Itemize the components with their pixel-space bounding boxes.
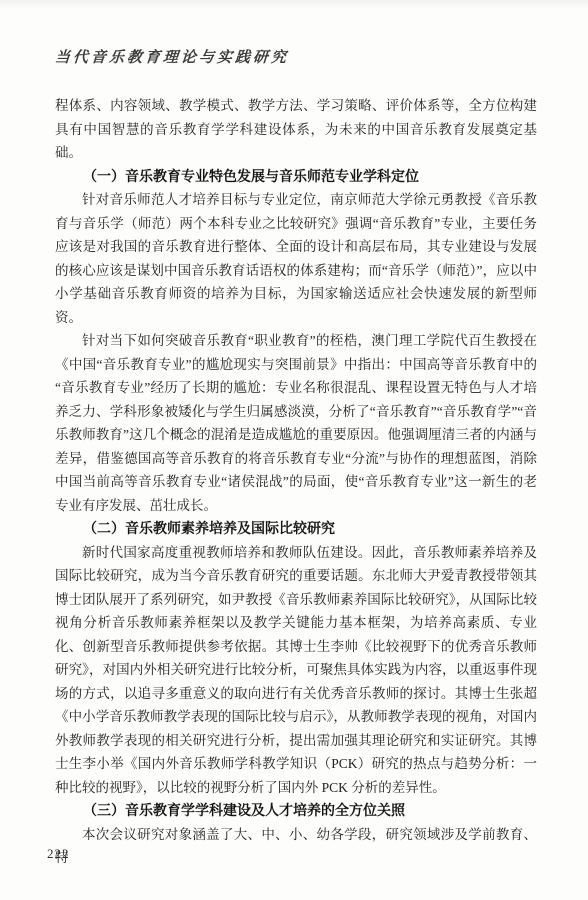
book-page-scan: 当代音乐教育理论与实践研究 程体系、内容领域、教学模式、教学方法、学习策略、评价… <box>0 0 588 900</box>
section-heading: （二）音乐教师素养培养及国际比较研究 <box>55 517 537 541</box>
section-heading: （一）音乐教育专业特色发展与音乐师范专业学科定位 <box>55 165 537 189</box>
body-paragraph: 针对当下如何突破音乐教育“职业教育”的桎梏，澳门理工学院代百生教授在《中国“音乐… <box>55 329 537 517</box>
body-paragraph: 新时代国家高度重视教师培养和教师队伍建设。因此，音乐教师素养培养及国际比较研究，… <box>55 541 537 800</box>
body-paragraph: 针对音乐师范人才培养目标与专业定位，南京师范大学徐元勇教授《音乐教育与音乐学（师… <box>55 188 537 329</box>
body-paragraph: 程体系、内容领域、教学模式、教学方法、学习策略、评价体系等，全方位构建具有中国智… <box>55 94 537 165</box>
running-header: 当代音乐教育理论与实践研究 <box>54 46 289 67</box>
body-paragraph: 本次会议研究对象涵盖了大、中、小、幼各学段，研究领域涉及学前教育、特 <box>55 823 537 870</box>
page-body: 程体系、内容领域、教学模式、教学方法、学习策略、评价体系等，全方位构建具有中国智… <box>55 94 537 870</box>
section-heading: （三）音乐教育学学科建设及人才培养的全方位关照 <box>55 799 537 823</box>
page-number: 222 <box>47 846 70 862</box>
